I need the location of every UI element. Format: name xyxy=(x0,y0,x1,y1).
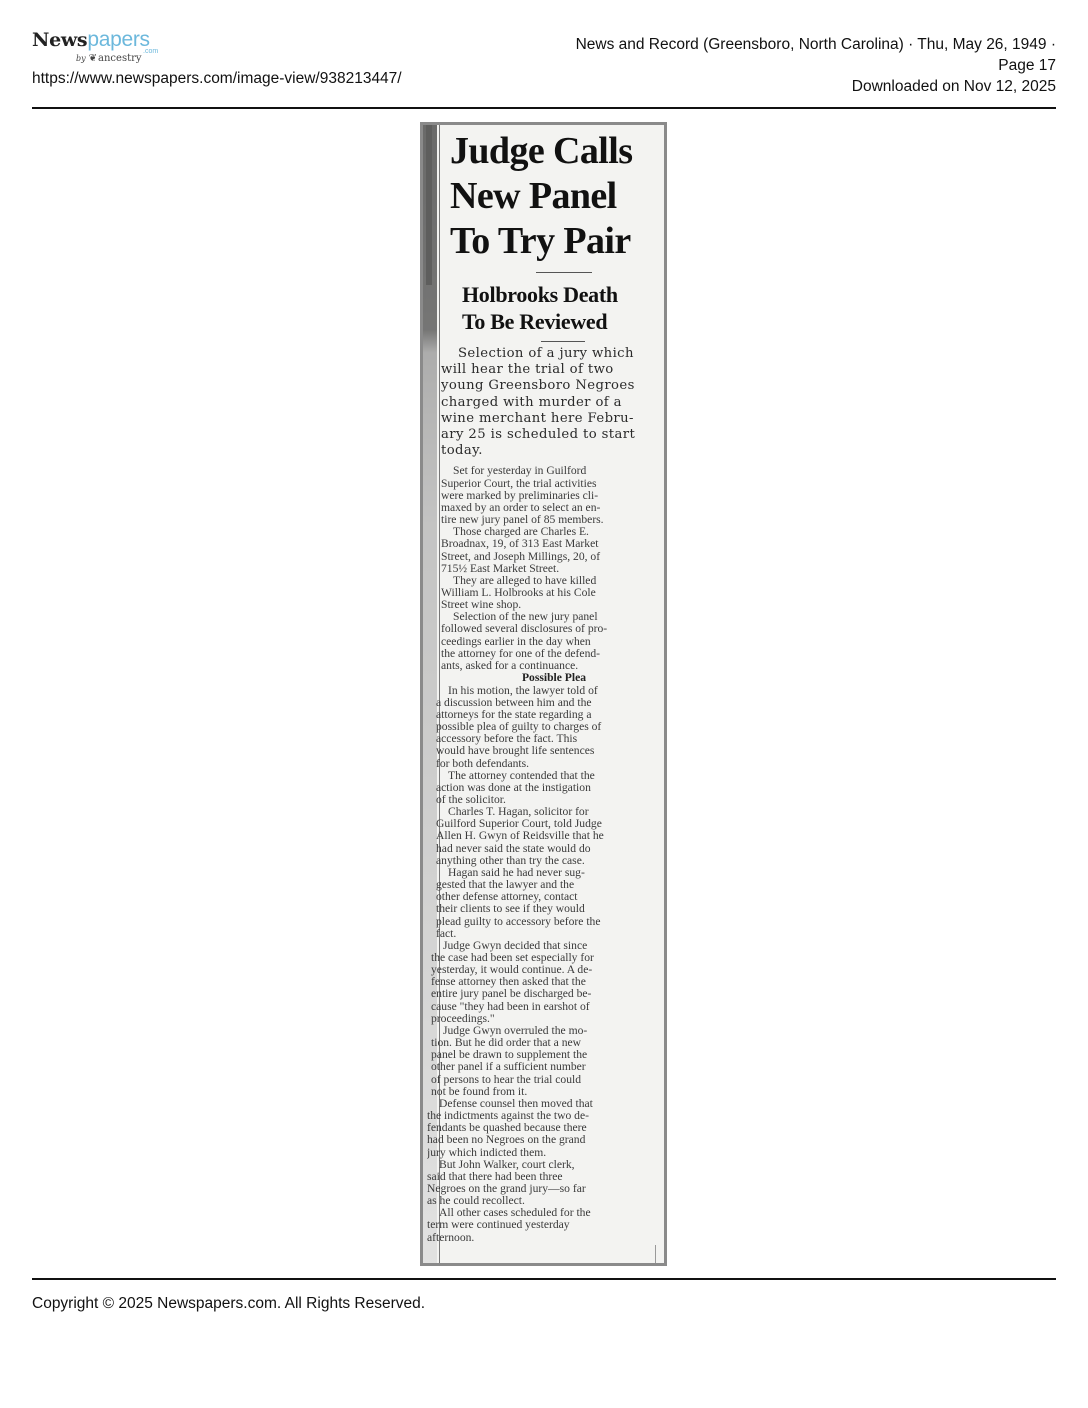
logo-word-papers: papers xyxy=(87,28,149,51)
publication-info: News and Record (Greensboro, North Carol… xyxy=(576,34,1056,97)
subhead-rule xyxy=(541,341,585,342)
text-line: had never said the state would do xyxy=(436,843,667,855)
text-line: ceedings earlier in the day when xyxy=(441,636,667,648)
text-line: Broadnax, 19, of 313 East Market xyxy=(441,538,667,550)
headline-rule xyxy=(536,272,592,273)
paragraph: Hagan said he had never sug-gested that … xyxy=(436,867,667,940)
page-header: Newspapers .com by❦ancestry https://www.… xyxy=(32,28,1056,98)
text-line: Set for yesterday in Guilford xyxy=(441,465,667,477)
text-line: Street, and Joseph Millings, 20, of xyxy=(441,551,667,563)
text-line: cause "they had been in earshot of xyxy=(431,1001,667,1013)
text-line: But John Walker, court clerk, xyxy=(427,1159,667,1171)
text-line: other panel if a sufficient number xyxy=(431,1061,667,1073)
text-line: jury which indicted them. xyxy=(427,1147,667,1159)
paragraph: The attorney contended that theaction wa… xyxy=(436,770,667,806)
headline-line: To Try Pair xyxy=(450,219,667,264)
publication-title-line: News and Record (Greensboro, North Carol… xyxy=(576,34,1056,55)
article: Judge Calls New Panel To Try Pair Holbro… xyxy=(441,129,667,1244)
text-line: not be found from it. xyxy=(431,1086,667,1098)
lede-paragraph: Selection of a jury whichwill hear the t… xyxy=(441,346,667,459)
paragraph: Set for yesterday in GuilfordSuperior Co… xyxy=(441,465,667,526)
column-rule-right xyxy=(655,1245,656,1266)
logo-wordmark: Newspapers xyxy=(32,28,150,52)
text-line: of persons to hear the trial could xyxy=(431,1074,667,1086)
text-line: had been no Negroes on the grand xyxy=(427,1134,667,1146)
crosshead: Possible Plea xyxy=(441,672,667,685)
ancestry-leaf-icon: ❦ xyxy=(89,53,97,64)
text-line: wine merchant here Febru- xyxy=(441,411,667,427)
subhead-line: Holbrooks Death xyxy=(462,281,667,308)
headline: Judge Calls New Panel To Try Pair xyxy=(441,129,667,264)
paragraph: But John Walker, court clerk,said that t… xyxy=(427,1159,667,1208)
text-line: term were continued yesterday xyxy=(427,1219,667,1231)
body-section: In his motion, the lawyer told ofa discu… xyxy=(436,685,667,940)
text-line: The attorney contended that the xyxy=(436,770,667,782)
text-line: followed several disclosures of pro- xyxy=(441,623,667,635)
text-line: fact. xyxy=(436,928,667,940)
body-section: Judge Gwyn decided that sincethe case ha… xyxy=(431,940,667,1098)
paragraph: They are alleged to have killedWilliam L… xyxy=(441,575,667,611)
text-line: Superior Court, the trial activities xyxy=(441,478,667,490)
text-line: Selection of a jury which xyxy=(441,346,667,362)
copyright-notice: Copyright © 2025 Newspapers.com. All Rig… xyxy=(32,1295,425,1313)
text-line: plead guilty to accessory before the xyxy=(436,916,667,928)
subheadline: Holbrooks Death To Be Reviewed xyxy=(441,281,667,335)
text-line: entire jury panel be discharged be- xyxy=(431,988,667,1000)
paragraph: Those charged are Charles E.Broadnax, 19… xyxy=(441,526,667,575)
logo-byline: by❦ancestry xyxy=(76,53,142,64)
subhead-line: To Be Reviewed xyxy=(462,308,667,335)
text-line: today. xyxy=(441,443,667,459)
logo-com: .com xyxy=(143,48,158,55)
page-number: Page 17 xyxy=(576,55,1056,76)
text-line: ary 25 is scheduled to start xyxy=(441,427,667,443)
text-line: afternoon. xyxy=(427,1232,667,1244)
logo-word-news: News xyxy=(32,29,87,51)
paragraph: Judge Gwyn decided that sincethe case ha… xyxy=(431,940,667,1025)
newspapers-logo[interactable]: Newspapers .com by❦ancestry xyxy=(32,28,192,68)
text-line: In his motion, the lawyer told of xyxy=(436,685,667,697)
footer-divider xyxy=(32,1278,1056,1280)
headline-line: New Panel xyxy=(450,174,667,219)
text-line: Allen H. Gwyn of Reidsville that he xyxy=(436,830,667,842)
text-line: for both defendants. xyxy=(436,758,667,770)
headline-line: Judge Calls xyxy=(450,129,667,174)
text-line: charged with murder of a xyxy=(441,395,667,411)
text-line: will hear the trial of two xyxy=(441,362,667,378)
paragraph: All other cases scheduled for theterm we… xyxy=(427,1207,667,1243)
text-line: young Greensboro Negroes xyxy=(441,378,667,394)
text-line: 715½ East Market Street. xyxy=(441,563,667,575)
download-date: Downloaded on Nov 12, 2025 xyxy=(576,76,1056,97)
header-divider xyxy=(32,107,1056,109)
text-line: their clients to see if they would xyxy=(436,903,667,915)
paragraph: In his motion, the lawyer told ofa discu… xyxy=(436,685,667,770)
body-section: Defense counsel then moved thatthe indic… xyxy=(427,1098,667,1244)
body-section: Set for yesterday in GuilfordSuperior Co… xyxy=(441,465,667,672)
newspaper-clipping: Judge Calls New Panel To Try Pair Holbro… xyxy=(420,122,667,1266)
source-url[interactable]: https://www.newspapers.com/image-view/93… xyxy=(32,70,402,88)
paragraph: Selection of the new jury panelfollowed … xyxy=(441,611,667,672)
logo-by: by xyxy=(76,54,86,63)
paragraph: Charles T. Hagan, solicitor forGuilford … xyxy=(436,806,667,867)
paragraph: Defense counsel then moved thatthe indic… xyxy=(427,1098,667,1159)
logo-partner: ancestry xyxy=(98,53,142,64)
text-line: would have brought life sentences xyxy=(436,745,667,757)
paragraph: Judge Gwyn overruled the mo-tion. But he… xyxy=(431,1025,667,1098)
